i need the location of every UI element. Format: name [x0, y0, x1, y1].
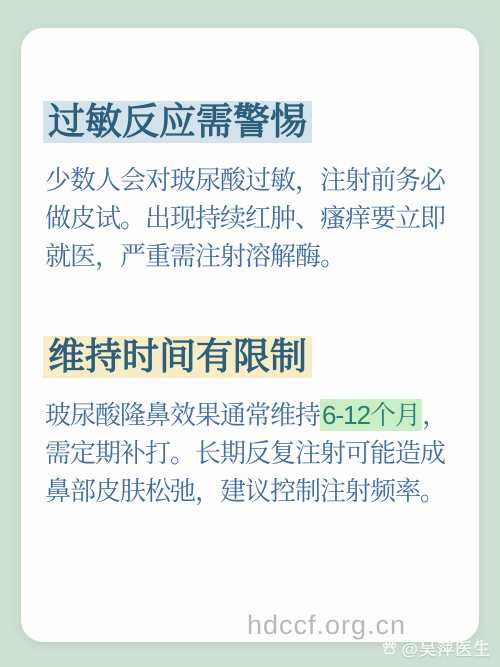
body-line: 鼻部皮肤松弛，建议控制注射频率。 — [45, 472, 447, 510]
body-line: 少数人会对玻尿酸过敏，注射前务必 — [45, 161, 445, 199]
body-line: 就医，严重需注射溶解酶。 — [45, 237, 445, 275]
body-line: 做皮试。出现持续红肿、瘙痒要立即 — [45, 199, 445, 237]
duration-highlight: 6-12个月 — [320, 399, 422, 431]
body-line-prefix: 玻尿酸隆鼻效果通常维持 — [45, 400, 320, 430]
body-line: 玻尿酸隆鼻效果通常维持6-12个月， — [45, 396, 447, 434]
author-watermark-label: @吴萍医生 — [401, 635, 491, 660]
paw-icon — [381, 639, 398, 656]
infocard-background: 过敏反应需警惕 少数人会对玻尿酸过敏，注射前务必 做皮试。出现持续红肿、瘙痒要立… — [0, 0, 500, 667]
section-2: 维持时间有限制 — [43, 336, 312, 378]
content-card: 过敏反应需警惕 少数人会对玻尿酸过敏，注射前务必 做皮试。出现持续红肿、瘙痒要立… — [21, 28, 479, 642]
body-line: 需定期补打。长期反复注射可能造成 — [45, 434, 447, 472]
body-line-suffix: ， — [422, 400, 447, 430]
section-2-heading: 维持时间有限制 — [43, 336, 312, 378]
section-1-heading: 过敏反应需警惕 — [43, 101, 312, 143]
section-2-body: 玻尿酸隆鼻效果通常维持6-12个月， 需定期补打。长期反复注射可能造成 鼻部皮肤… — [45, 396, 447, 510]
section-1-body: 少数人会对玻尿酸过敏，注射前务必 做皮试。出现持续红肿、瘙痒要立即 就医，严重需… — [45, 161, 445, 275]
author-watermark: @吴萍医生 — [381, 635, 491, 660]
section-1: 过敏反应需警惕 — [43, 101, 312, 143]
